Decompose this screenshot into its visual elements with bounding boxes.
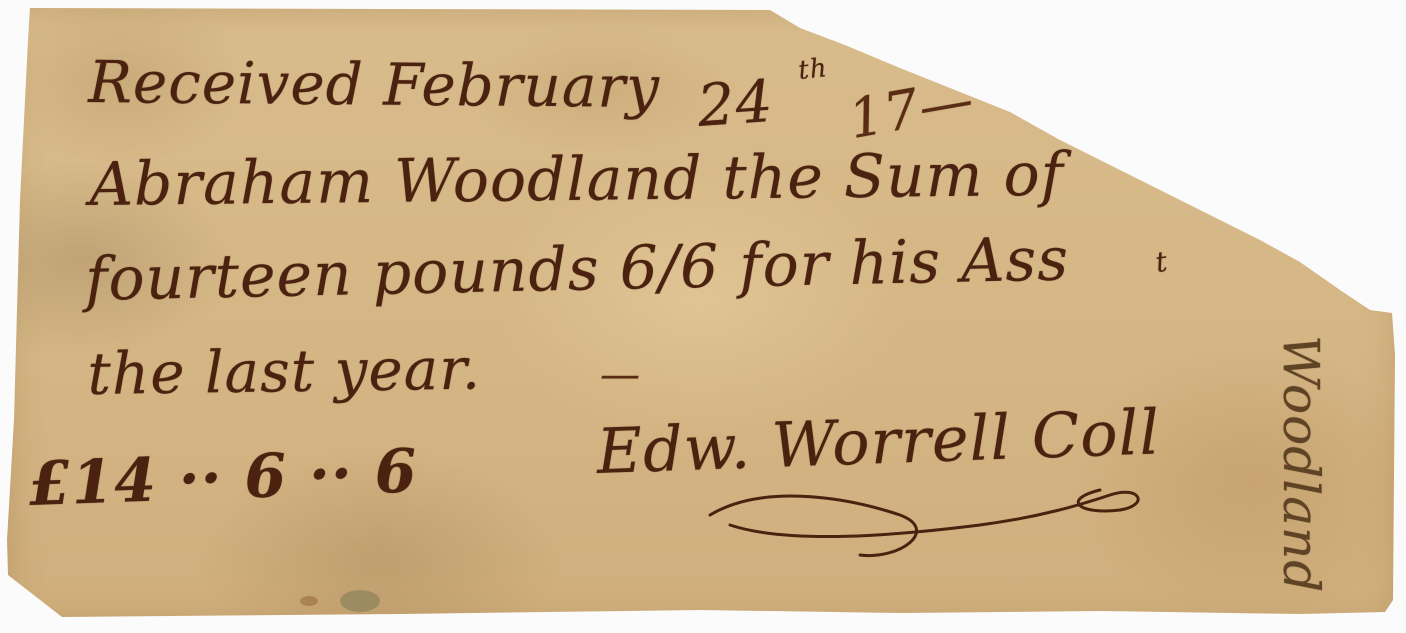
date-day-suffix: th — [797, 53, 829, 86]
paper-stain — [340, 590, 380, 612]
date-day: 24 — [695, 67, 775, 140]
amount-figure: £14 ·· 6 ·· 6 — [28, 436, 419, 520]
received-line: Received February — [88, 48, 660, 121]
paper-stain — [300, 596, 318, 606]
payer-line: Abraham Woodland the Sum of — [89, 140, 1064, 220]
period-line: the last year. — [87, 335, 481, 408]
endorsement: Woodland — [1272, 335, 1330, 593]
line-dash: — — [600, 352, 641, 398]
